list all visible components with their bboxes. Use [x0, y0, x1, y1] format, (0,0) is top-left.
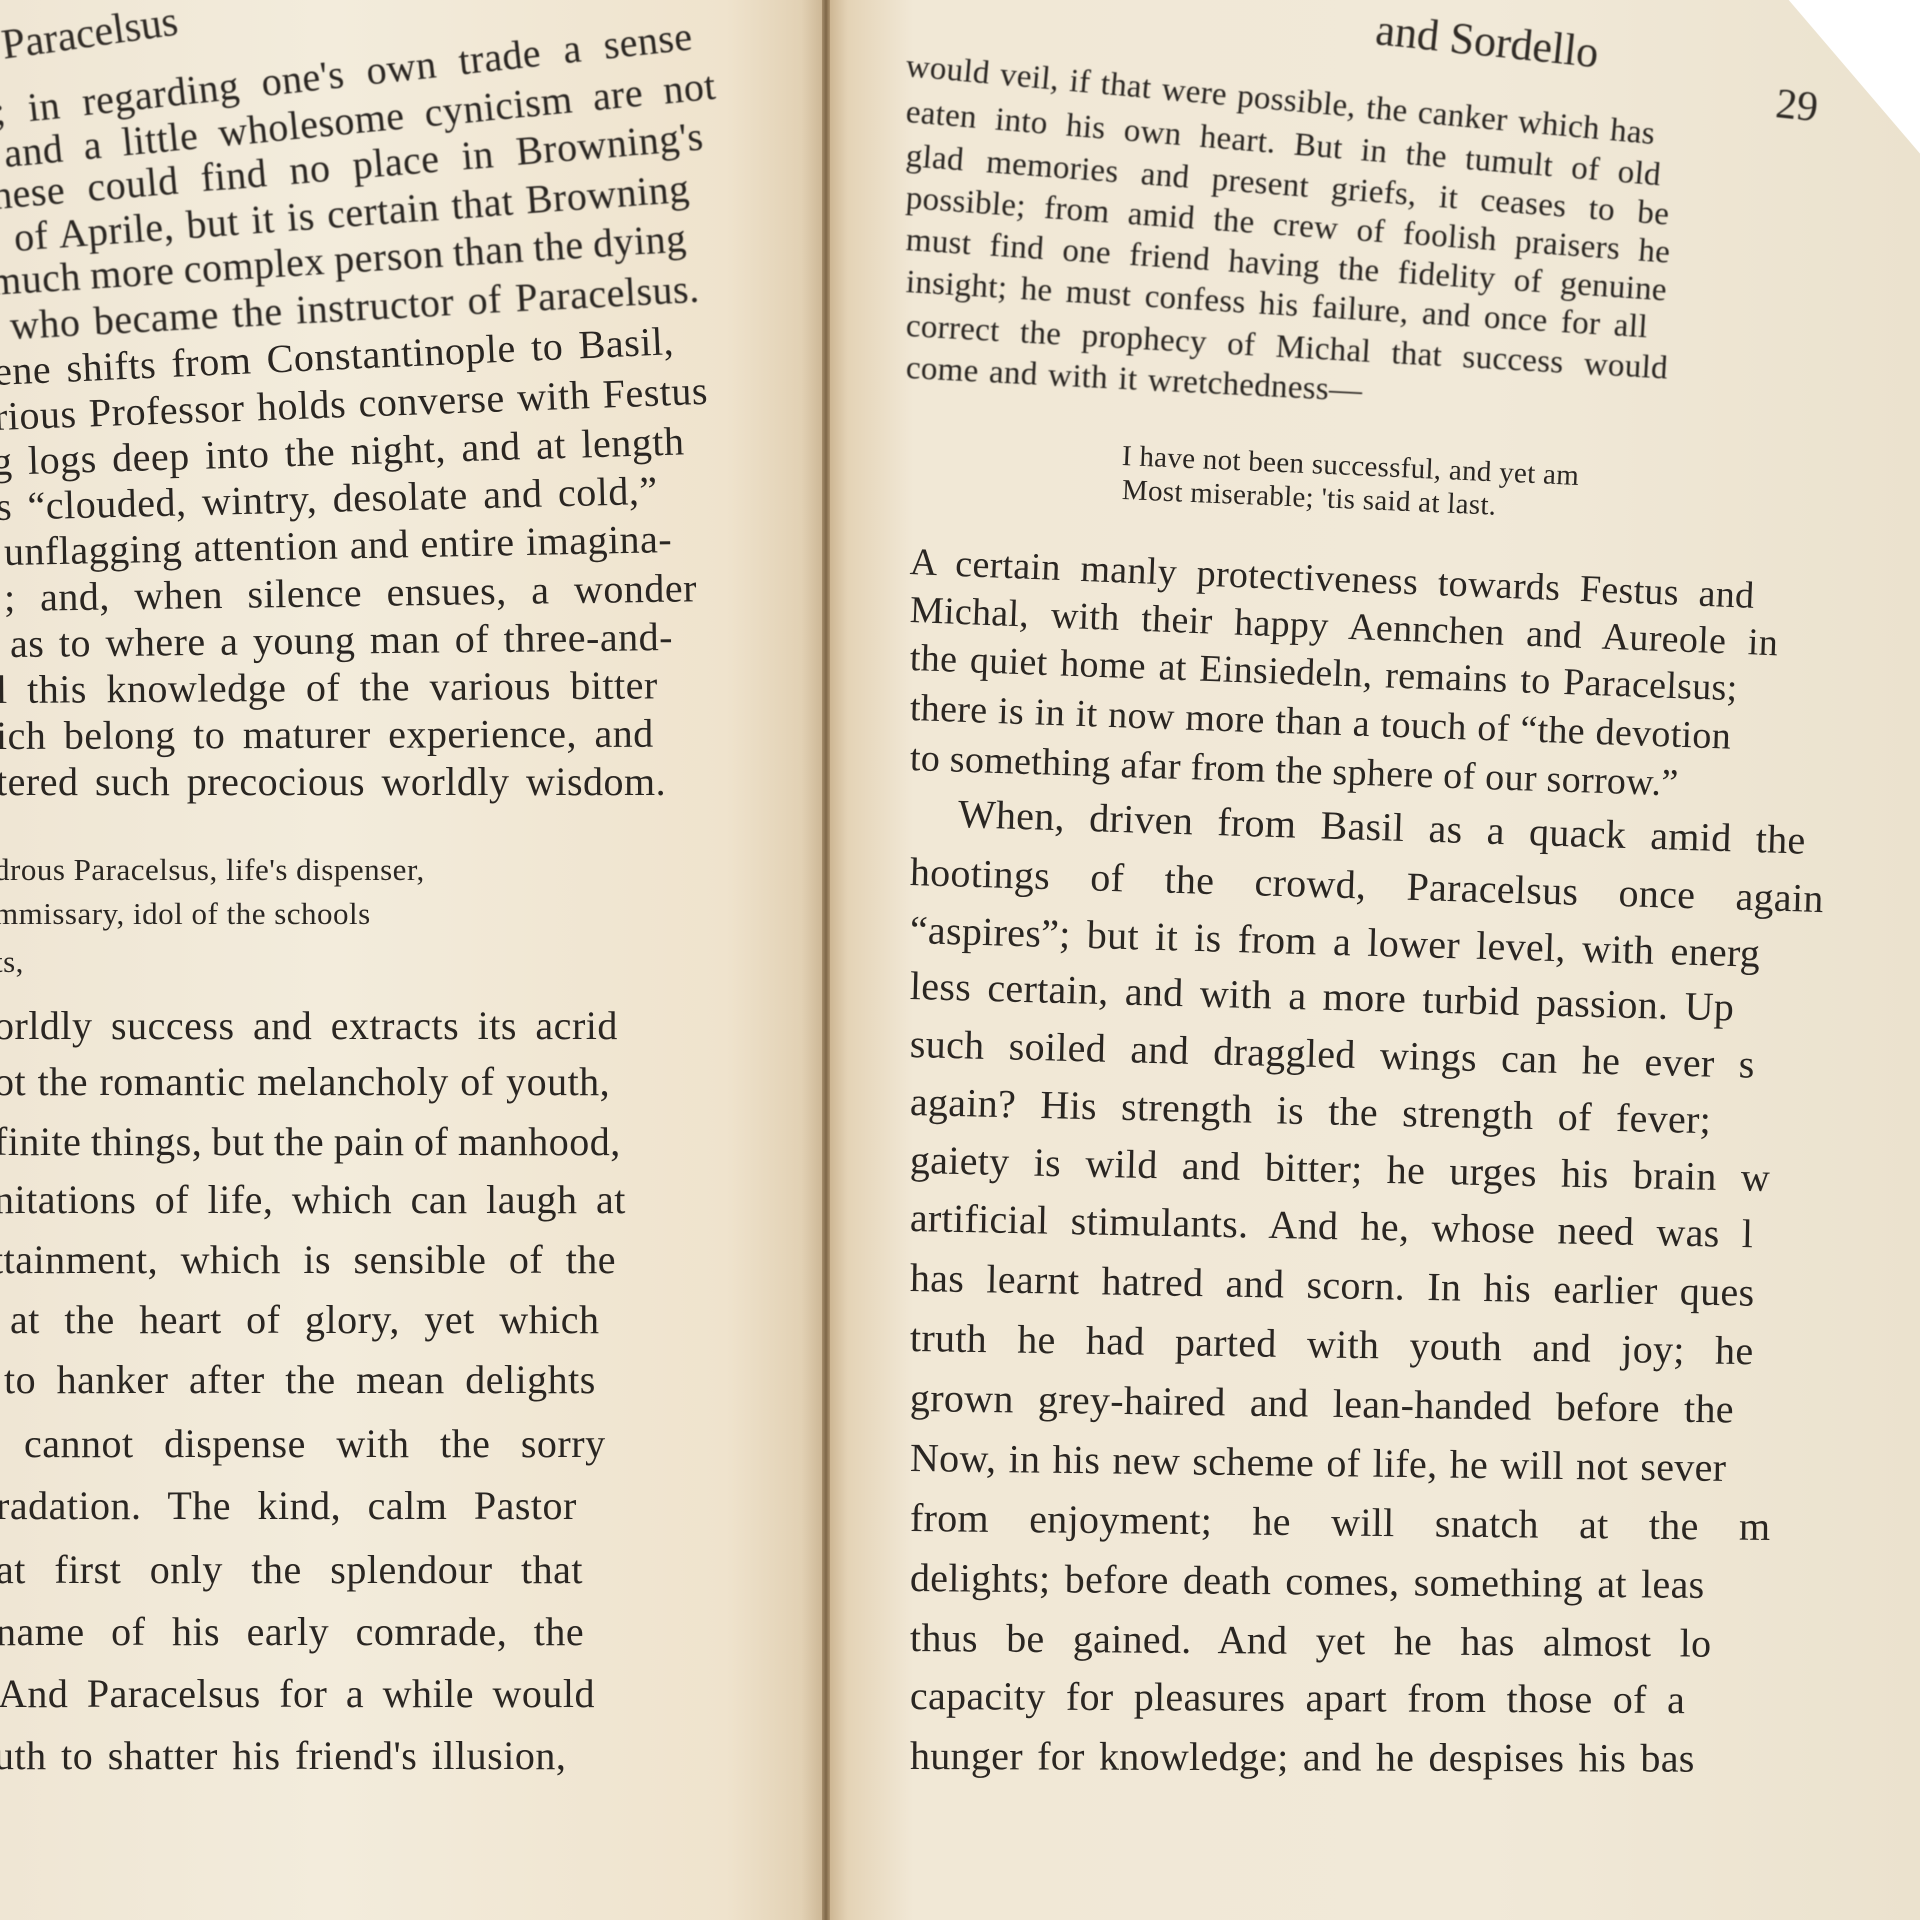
page-number: 29: [1773, 80, 1820, 132]
text-line: from enjoyment; he will snatch at the m: [910, 1494, 1771, 1550]
open-book: Paracelsus ; in regarding one's own trad…: [0, 0, 1920, 1920]
text-line: And Paracelsus for a while would: [0, 1670, 595, 1717]
text-line: thus be gained. And yet he has almost lo: [910, 1614, 1712, 1667]
text-line: orldly success and extracts its acrid: [0, 1002, 618, 1049]
text-line: to hanker after the mean delights: [4, 1356, 596, 1403]
text-line: radation. The kind, calm Pastor: [0, 1482, 577, 1529]
text-line: such soiled and draggled wings can he ev…: [909, 1020, 1755, 1088]
text-line: l this knowledge of the various bitter: [0, 661, 658, 713]
text-line: as to where a young man of three-and-: [10, 613, 673, 667]
text-line: cannot dispense with the sorry: [24, 1420, 606, 1467]
text-line: capacity for pleasures apart from those …: [910, 1672, 1685, 1723]
text-line: hunger for knowledge; and he despises hi…: [910, 1732, 1695, 1782]
text-line: at first only the splendour that: [0, 1546, 583, 1593]
quote-line: ts,: [0, 944, 24, 980]
text-line: has learnt hatred and scorn. In his earl…: [910, 1254, 1755, 1316]
right-running-head: and Sordello: [1373, 4, 1601, 78]
text-line: truth he had parted with youth and joy; …: [910, 1314, 1754, 1374]
text-line: grown grey-haired and lean-handed before…: [910, 1374, 1735, 1432]
right-page: and Sordello 29 would veil, if that were…: [826, 0, 1920, 1920]
text-line: artificial stimulants. And he, whose nee…: [910, 1194, 1754, 1257]
text-line: uth to shatter his friend's illusion,: [0, 1732, 566, 1779]
text-line: ttainment, which is sensible of the: [0, 1236, 616, 1283]
text-line: Now, in his new scheme of life, he will …: [910, 1434, 1727, 1491]
text-line: ot the romantic melancholy of youth,: [0, 1058, 610, 1105]
text-line: delights; before death comes, something …: [910, 1554, 1705, 1608]
left-page: Paracelsus ; in regarding one's own trad…: [0, 0, 826, 1920]
text-line: finite things, but the pain of manhood,: [0, 1118, 621, 1165]
quote-line: drous Paracelsus, life's dispenser,: [0, 852, 425, 888]
text-line: again? His strength is the strength of f…: [909, 1078, 1711, 1143]
text-line: gaiety is wild and bitter; he urges his …: [910, 1136, 1771, 1201]
text-line: ; and, when silence ensues, a wonder: [4, 564, 698, 621]
text-line: at the heart of glory, yet which: [10, 1296, 599, 1343]
left-running-head: Paracelsus: [0, 0, 181, 70]
book-gutter: [822, 0, 830, 1920]
text-line: ich belong to maturer experience, and: [0, 710, 654, 759]
text-line: tered such precocious worldly wisdom.: [0, 758, 666, 805]
text-line: nitations of life, which can laugh at: [0, 1176, 626, 1223]
text-line: name of his early comrade, the: [0, 1608, 584, 1655]
quote-line: mmissary, idol of the schools: [0, 896, 371, 932]
